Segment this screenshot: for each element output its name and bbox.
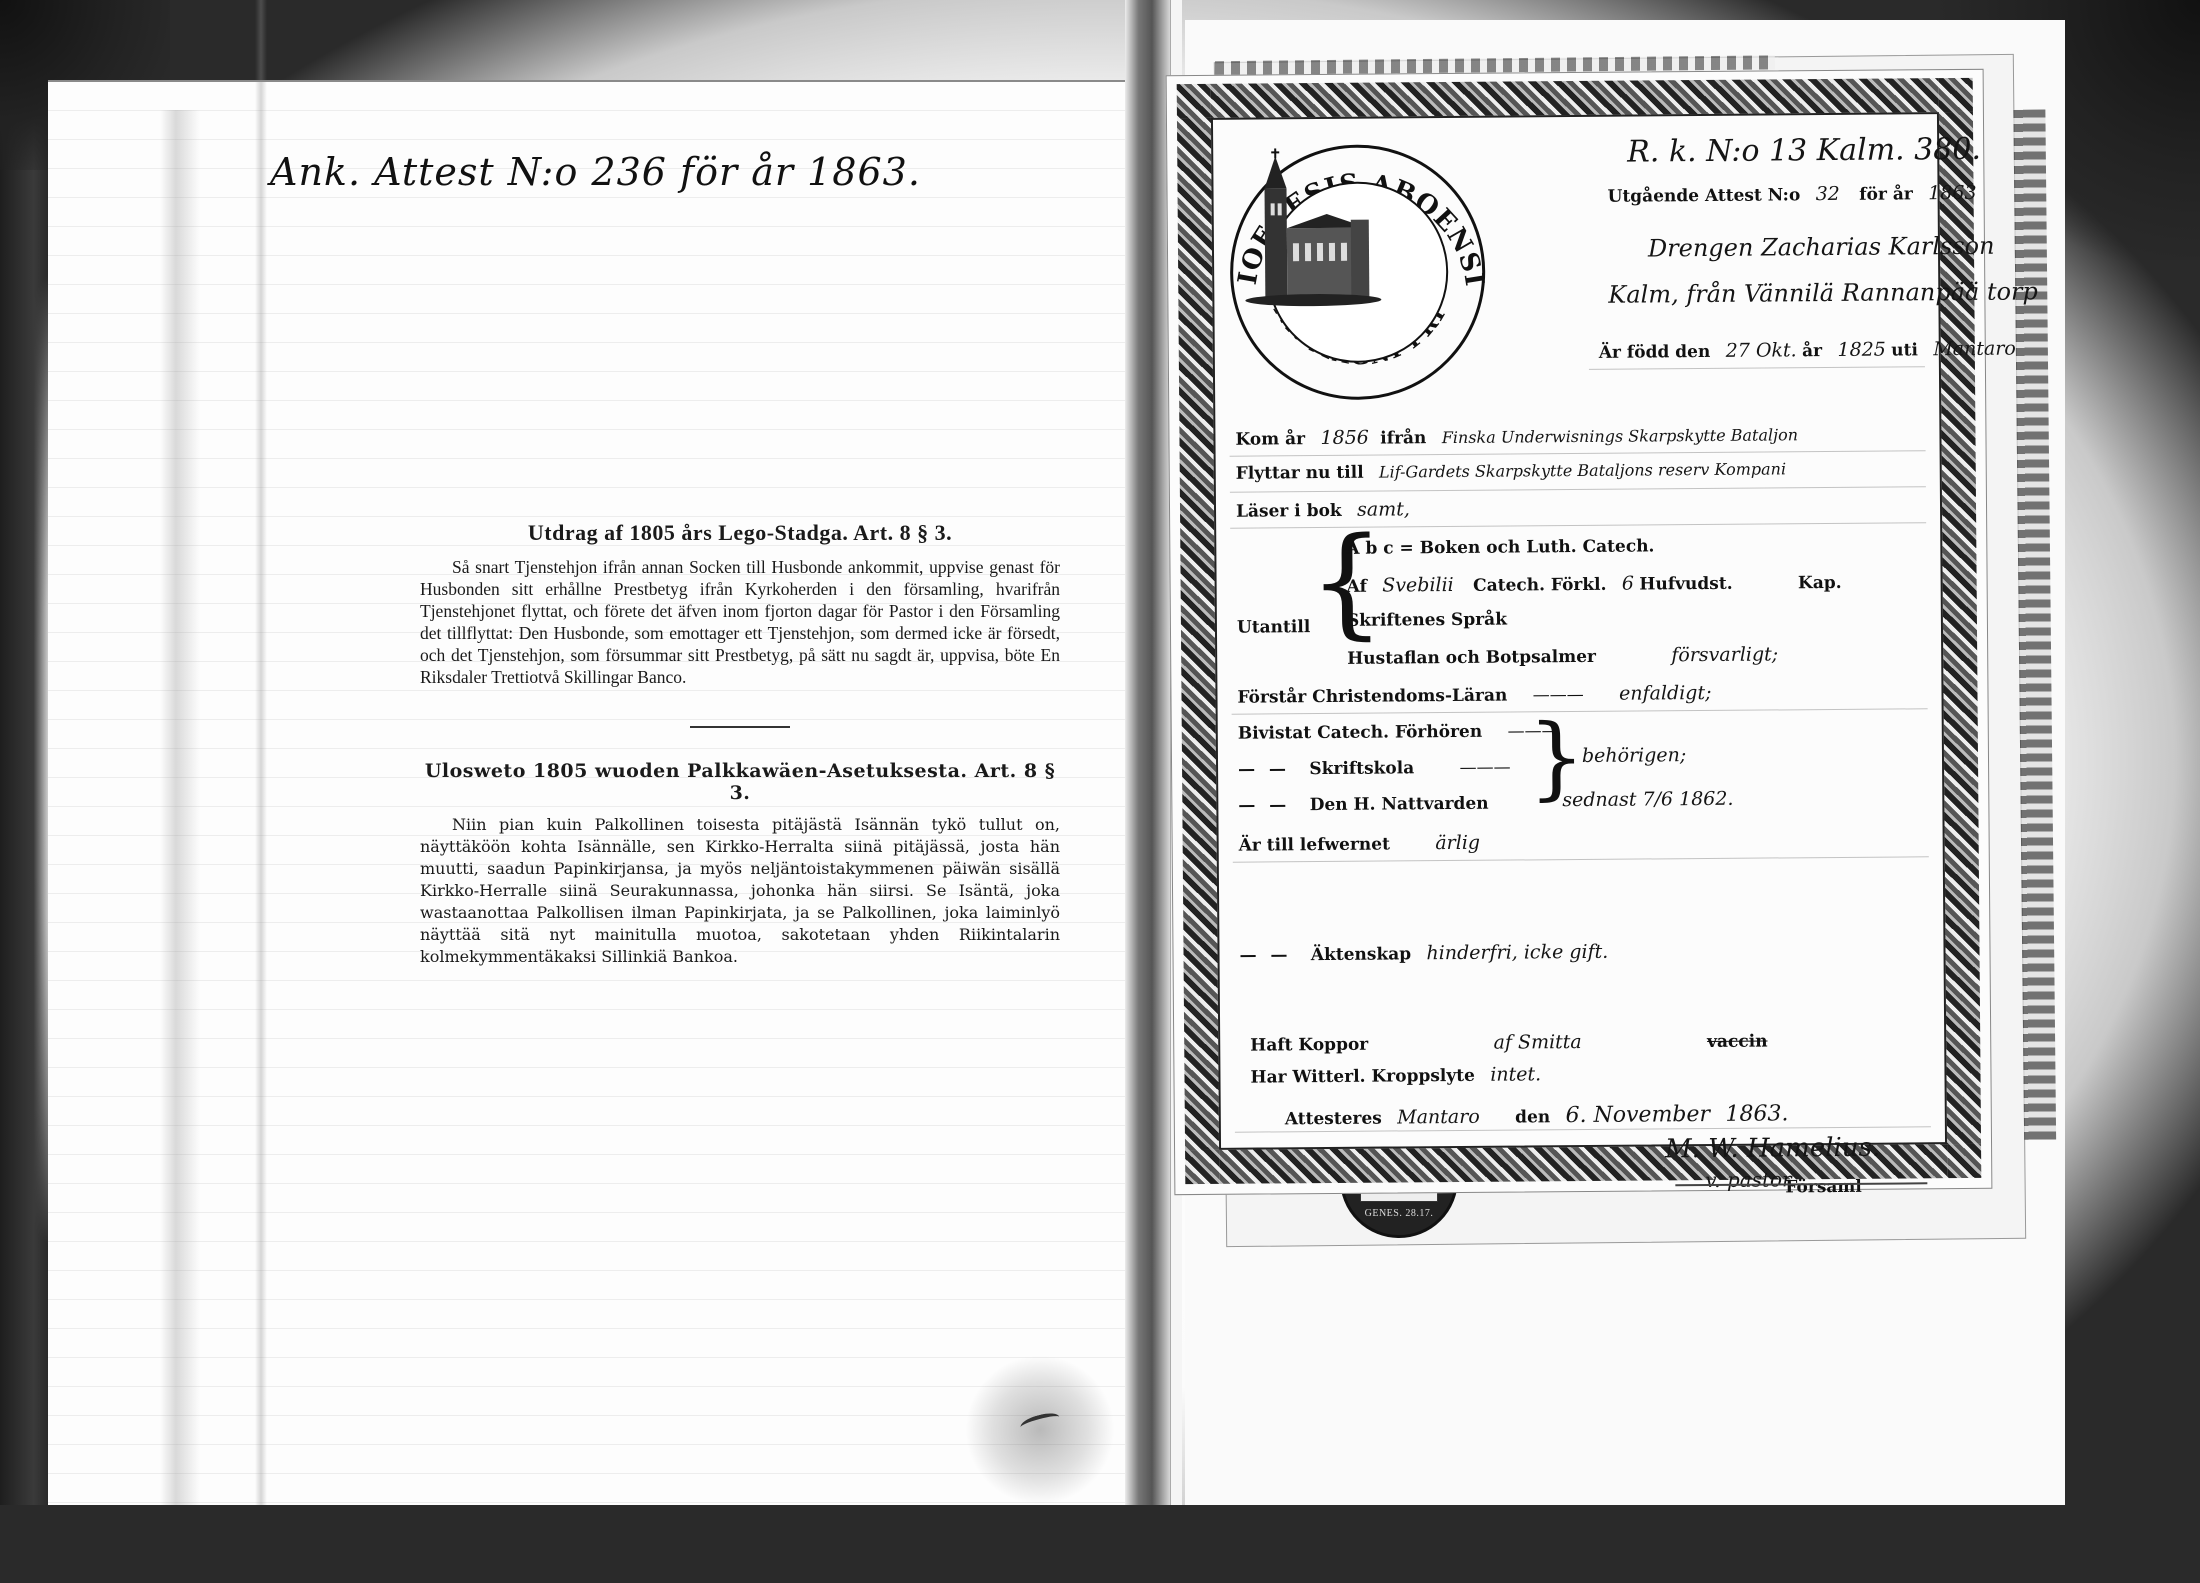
utantill-item-hustaflan: Hustaflan och Botpsalmer försvarligt; (1347, 643, 1778, 668)
statute-finnish: Ulosweto 1805 wuoden Palkkawäen-Asetukse… (420, 760, 1060, 968)
page-fold-shadow (160, 110, 200, 1505)
attest-label: Utgående Attest N:o (1608, 185, 1801, 207)
statute-swedish-heading: Utdrag af 1805 års Lego-Stadga. Art. 8 §… (420, 520, 1060, 546)
section-divider (690, 726, 790, 728)
church-icon (1232, 148, 1383, 309)
stain-mark (965, 1355, 1115, 1505)
row-marriage: — — Äktenskap hinderfri, icke gift. (1239, 941, 1608, 966)
year-label: för år (1859, 184, 1913, 204)
born-place: Mantaro (1933, 338, 2016, 361)
utantill-item-abc: A b c = Boken och Luth. Catech. (1346, 536, 1654, 558)
row-confirmation-school: — — Skriftskola ——— (1238, 758, 1511, 780)
attest-number: 32 (1816, 183, 1840, 205)
statute-finnish-heading: Ulosweto 1805 wuoden Palkkawäen-Asetukse… (420, 760, 1060, 804)
row-attested: Attesteres Mantaro den 6. November 1863. (1285, 1101, 1789, 1130)
born-label: Är född den (1599, 342, 1711, 363)
person-name-line: Drengen Zacharias Karlsson (1648, 232, 1995, 263)
utantill-item-catech: Af Svebilii Catech. Förkl. 6 Hufvudst. K… (1347, 571, 1842, 597)
page-fold-line (255, 0, 267, 1505)
row-understands: Förstår Christendoms-Läran ——— enfaldigt… (1237, 682, 1711, 708)
scan-edge-bottom (0, 1505, 2200, 1583)
row-communion: — — Den H. Nattvarden (1238, 794, 1488, 816)
statute-swedish-body: Så snart Tjenstehjon ifrån annan Socken … (420, 556, 1060, 688)
catech-value-2: sednast 7/6 1862. (1562, 788, 1733, 811)
row-catech-attended: Bivistat Catech. Förhören ——— (1238, 721, 1559, 744)
diocese-seal: DIOECESIS ABOENSIS ·FENN·MAGNI·PRINC· (1229, 144, 1486, 401)
row-bodily-defect: Har Witterl. Kroppslyte intet. (1250, 1063, 1541, 1087)
handwritten-reference: Ank. Attest N:o 236 för år 1863. (270, 150, 921, 194)
row-smallpox: Haft Koppor af Smitta vaccin (1250, 1030, 1767, 1056)
header-annotation: R. k. N:o 13 Kalm. 380. (1627, 132, 1981, 170)
utantill-item-scripture: Skriftenes Språk (1347, 610, 1507, 631)
signature-title: v. pastor. (1705, 1167, 1796, 1192)
book-spine (1125, 0, 1170, 1505)
born-year-label: år (1802, 341, 1822, 361)
statute-finnish-body: Niin pian kuin Palkollinen toisesta pitä… (420, 814, 1060, 968)
row-came-from: Kom år 1856 ifrån Finska Underwisnings S… (1235, 423, 1798, 449)
row-conduct: Är till lefwernet ärlig (1239, 832, 1481, 856)
attest-line: Utgående Attest N:o 32 för år 1863 (1607, 182, 1976, 207)
person-origin-line: Kalm, från Vännilä Rannanpää torp (1608, 277, 2038, 308)
catech-value-1: behörigen; (1582, 744, 1686, 767)
vaccin-struck: vaccin (1707, 1032, 1768, 1052)
born-line: Är född den 27 Okt. år 1825 uti Mantaro (1599, 338, 2016, 363)
year-value: 1863 (1928, 182, 1977, 204)
bottom-seal-text: GENES. 28.17. (1340, 1208, 1458, 1219)
migration-certificate: DIOECESIS ABOENSIS ·FENN·MAGNI·PRINC· (1166, 69, 1993, 1195)
scan-edge-left (0, 0, 48, 1583)
born-place-label: uti (1891, 340, 1918, 360)
utantill-label: Utantill (1237, 617, 1310, 638)
statute-swedish: Utdrag af 1805 års Lego-Stadga. Art. 8 §… (420, 520, 1060, 728)
signature-name: M. W. Hamelius. (1665, 1133, 1880, 1165)
born-year: 1825 (1837, 339, 1886, 361)
born-date: 27 Okt. (1726, 339, 1797, 362)
parish-printed-label: Församl (1785, 1177, 1862, 1198)
